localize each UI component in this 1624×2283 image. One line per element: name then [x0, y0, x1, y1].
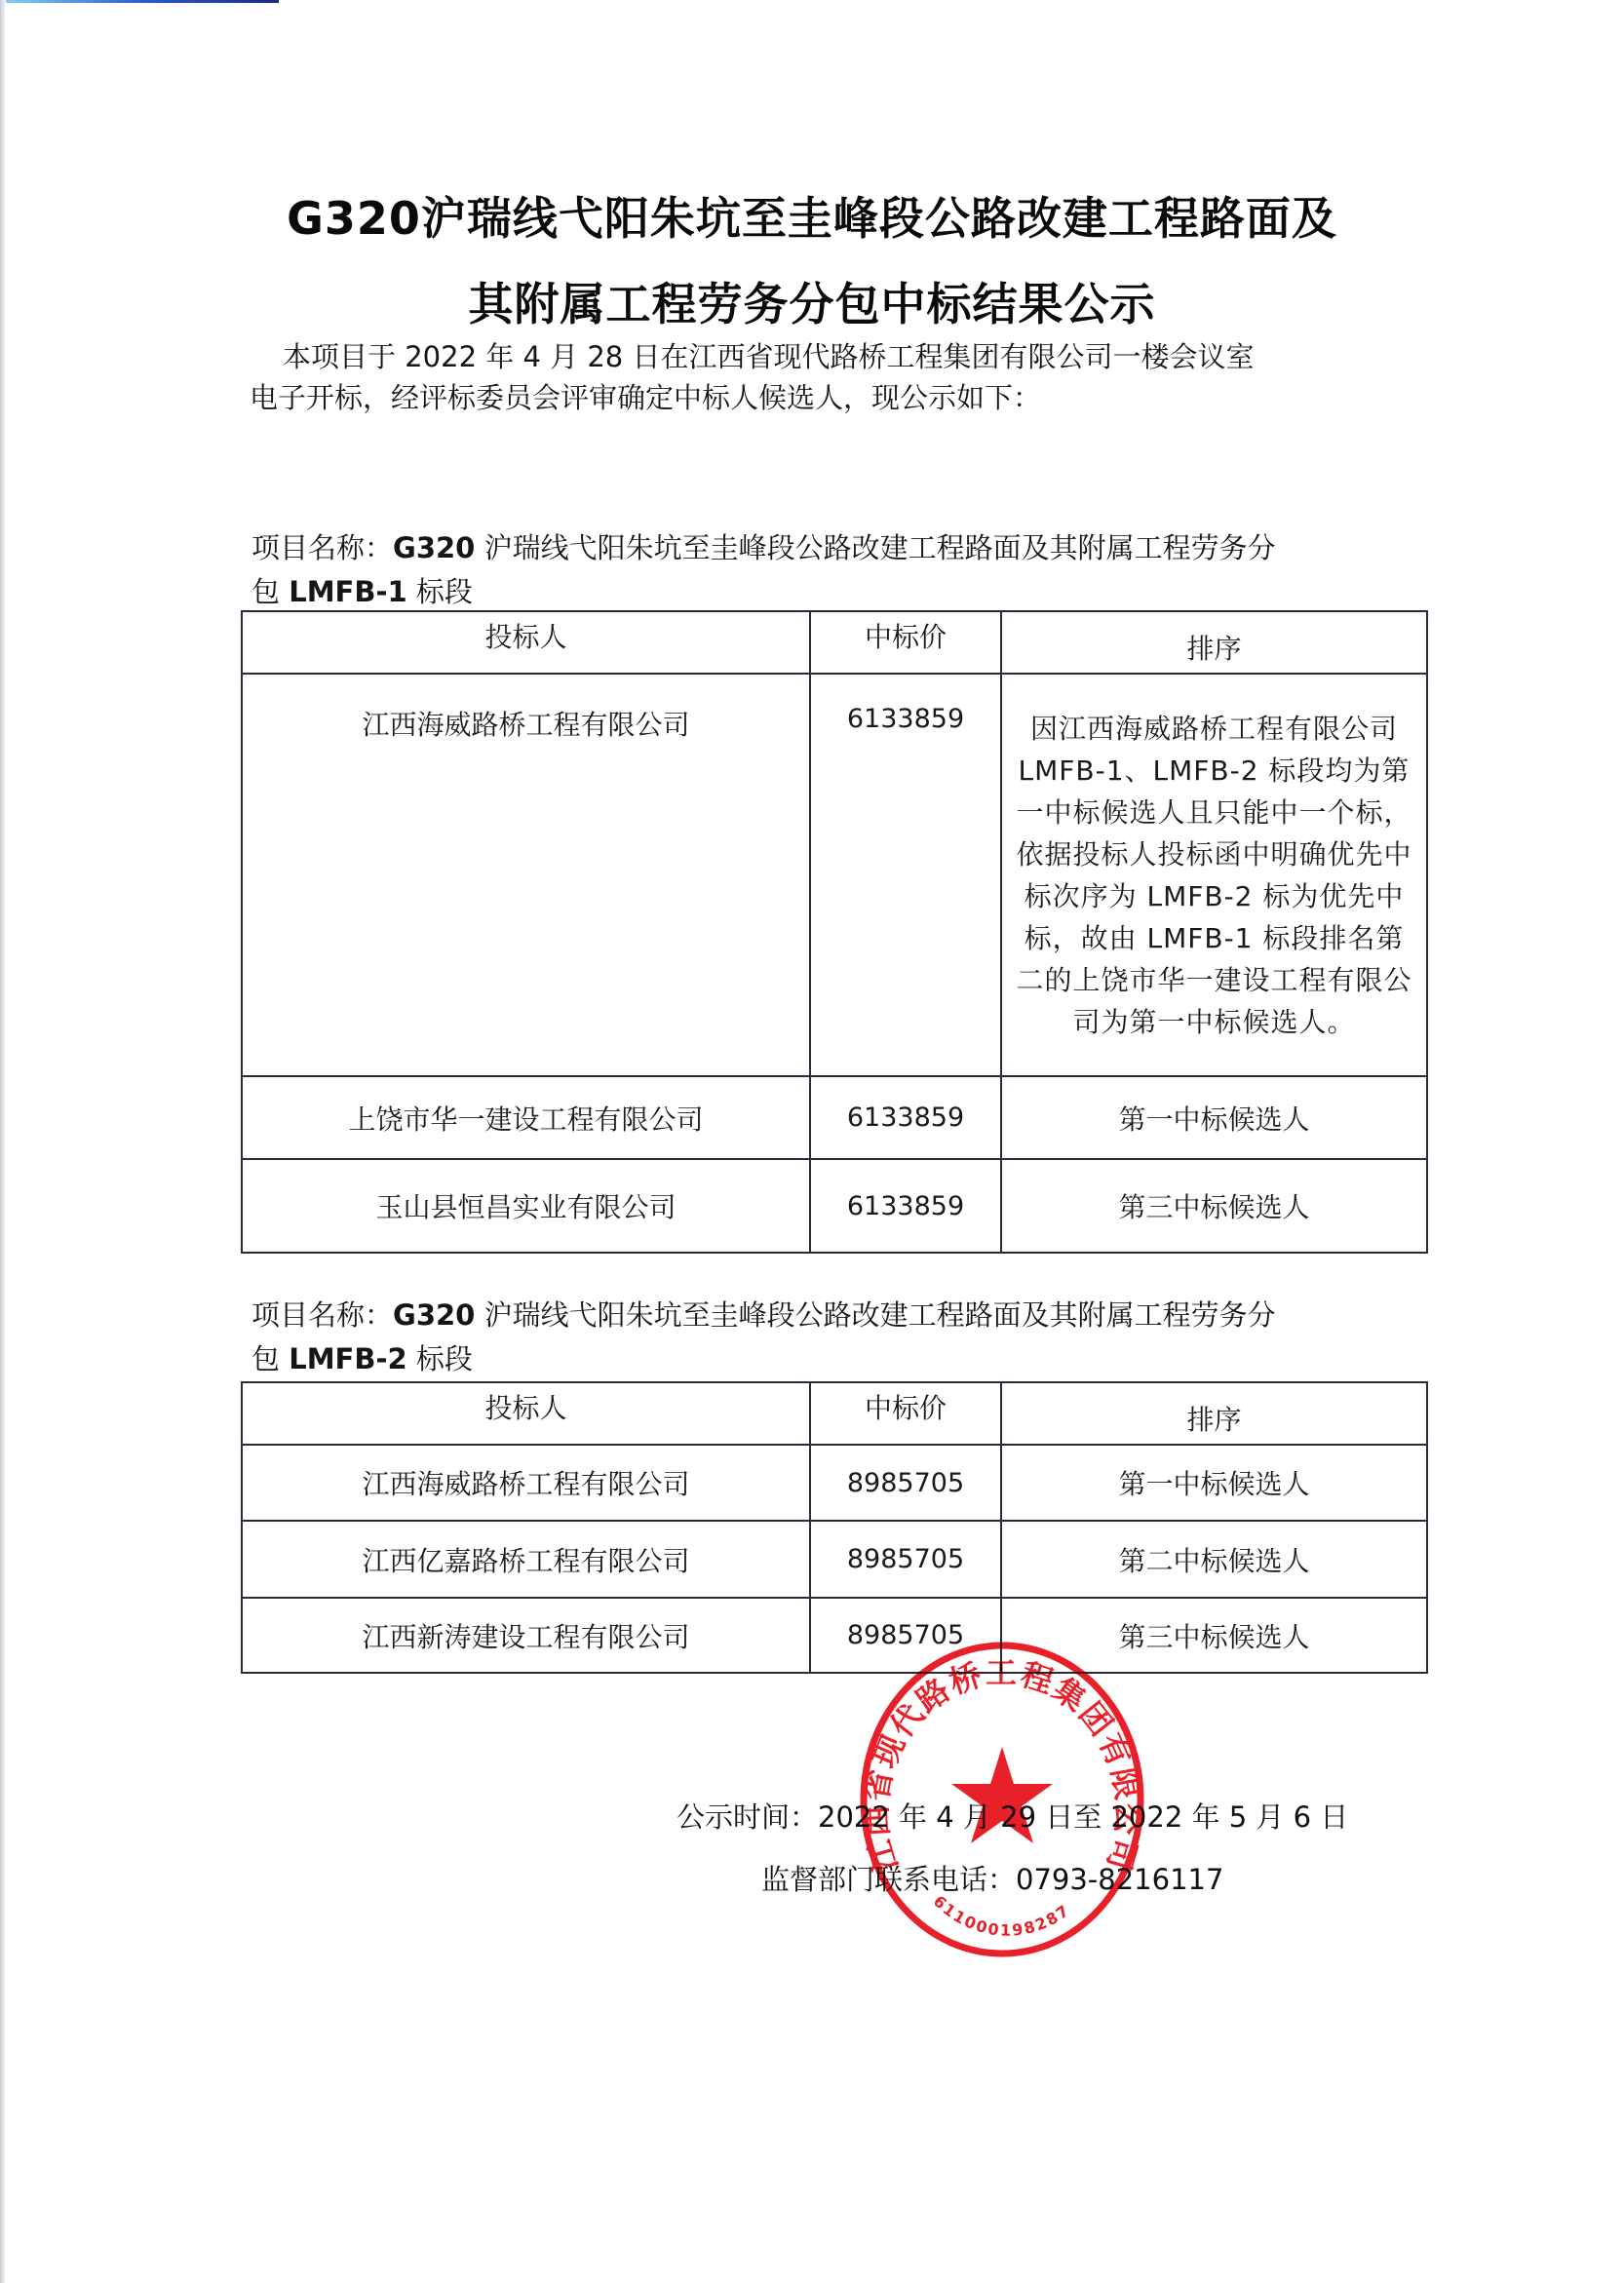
- bidder-cell: 上饶市华一建设工程有限公司: [242, 1076, 810, 1159]
- section-title-lot2: 项目名称：G320 沪瑞线弋阳朱坑至圭峰段公路改建工程路面及其附属工程劳务分 包…: [251, 1294, 1431, 1381]
- seal-text: 江西省现代路桥工程集团有限公司: [858, 1654, 1146, 1877]
- table-row: 江西新涛建设工程有限公司 8985705 第三中标候选人: [242, 1598, 1427, 1673]
- bidder-cell: 江西海威路桥工程有限公司: [242, 1445, 810, 1521]
- table-row: 上饶市华一建设工程有限公司 6133859 第一中标候选人: [242, 1076, 1427, 1159]
- rank-cell: 第三中标候选人: [1001, 1159, 1427, 1253]
- label: 标段: [407, 1342, 473, 1375]
- price-cell: 6133859: [810, 1076, 1001, 1159]
- intro-paragraph-line2: 电子开标，经评标委员会评审确定中标人候选人，现公示如下：: [250, 378, 1380, 417]
- label: 包: [251, 575, 289, 608]
- price-cell: 6133859: [810, 1159, 1001, 1253]
- publicity-period: 公示时间：2022 年 4 月 29 日至 2022 年 5 月 6 日: [677, 1796, 1348, 1836]
- table-row: 江西海威路桥工程有限公司 8985705 第一中标候选人: [242, 1445, 1427, 1521]
- seal-number: 611000198287: [930, 1892, 1074, 1940]
- table-header-row: 投标人 中标价 排序: [242, 611, 1427, 674]
- label: 项目名称：: [251, 531, 393, 564]
- intro-paragraph-line1: 本项目于 2022 年 4 月 28 日在江西省现代路桥工程集团有限公司一楼会议…: [283, 337, 1413, 376]
- lot-code: LMFB-1: [289, 575, 406, 608]
- bidder-cell: 江西海威路桥工程有限公司: [242, 674, 810, 1076]
- bidder-cell: 玉山县恒昌实业有限公司: [242, 1159, 810, 1253]
- svg-text:611000198287: 611000198287: [930, 1892, 1074, 1940]
- table-row: 江西亿嘉路桥工程有限公司 8985705 第二中标候选人: [242, 1521, 1427, 1598]
- column-header-rank: 排序: [1001, 611, 1427, 674]
- bid-results-table-lot1: 投标人 中标价 排序 江西海威路桥工程有限公司 6133859 因江西海威路桥工…: [241, 610, 1428, 1254]
- lot-code: LMFB-2: [289, 1342, 406, 1375]
- price-cell: 8985705: [810, 1598, 1001, 1673]
- price-cell: 8985705: [810, 1521, 1001, 1598]
- rank-cell: 第一中标候选人: [1001, 1445, 1427, 1521]
- bid-results-table-lot2: 投标人 中标价 排序 江西海威路桥工程有限公司 8985705 第一中标候选人 …: [241, 1381, 1428, 1674]
- column-header-rank: 排序: [1001, 1382, 1427, 1445]
- project-name: 沪瑞线弋阳朱坑至圭峰段公路改建工程路面及其附属工程劳务分: [475, 531, 1275, 564]
- price-cell: 6133859: [810, 674, 1001, 1076]
- table-header-row: 投标人 中标价 排序: [242, 1382, 1427, 1445]
- section-title-lot1: 项目名称：G320 沪瑞线弋阳朱坑至圭峰段公路改建工程路面及其附属工程劳务分 包…: [251, 526, 1431, 614]
- column-header-bidder: 投标人: [242, 1382, 810, 1445]
- rank-note-cell: 因江西海威路桥工程有限公司 LMFB-1、LMFB-2 标段均为第一中标候选人且…: [1001, 674, 1427, 1076]
- bidder-cell: 江西新涛建设工程有限公司: [242, 1598, 810, 1673]
- project-code: G320: [393, 531, 475, 564]
- scan-edge: [0, 0, 5, 2283]
- label: 项目名称：: [251, 1298, 393, 1332]
- rank-cell: 第二中标候选人: [1001, 1521, 1427, 1598]
- scan-artifact: [6, 0, 279, 3]
- svg-text:江西省现代路桥工程集团有限公司: 江西省现代路桥工程集团有限公司: [858, 1654, 1146, 1877]
- rank-cell: 第一中标候选人: [1001, 1076, 1427, 1159]
- document-title-line2: 其附属工程劳务分包中标结果公示: [0, 269, 1624, 333]
- project-code: G320: [393, 1298, 475, 1332]
- bidder-cell: 江西亿嘉路桥工程有限公司: [242, 1521, 810, 1598]
- price-cell: 8985705: [810, 1445, 1001, 1521]
- column-header-price: 中标价: [810, 611, 1001, 674]
- document-title-line1: G320沪瑞线弋阳朱坑至圭峰段公路改建工程路面及: [0, 183, 1624, 248]
- column-header-price: 中标价: [810, 1382, 1001, 1445]
- project-name: 沪瑞线弋阳朱坑至圭峰段公路改建工程路面及其附属工程劳务分: [475, 1298, 1275, 1332]
- table-row: 江西海威路桥工程有限公司 6133859 因江西海威路桥工程有限公司 LMFB-…: [242, 674, 1427, 1076]
- supervision-phone: 监督部门联系电话：0793-8216117: [761, 1858, 1223, 1898]
- label: 标段: [407, 575, 473, 608]
- table-row: 玉山县恒昌实业有限公司 6133859 第三中标候选人: [242, 1159, 1427, 1253]
- column-header-bidder: 投标人: [242, 611, 810, 674]
- rank-cell: 第三中标候选人: [1001, 1598, 1427, 1673]
- label: 包: [251, 1342, 289, 1375]
